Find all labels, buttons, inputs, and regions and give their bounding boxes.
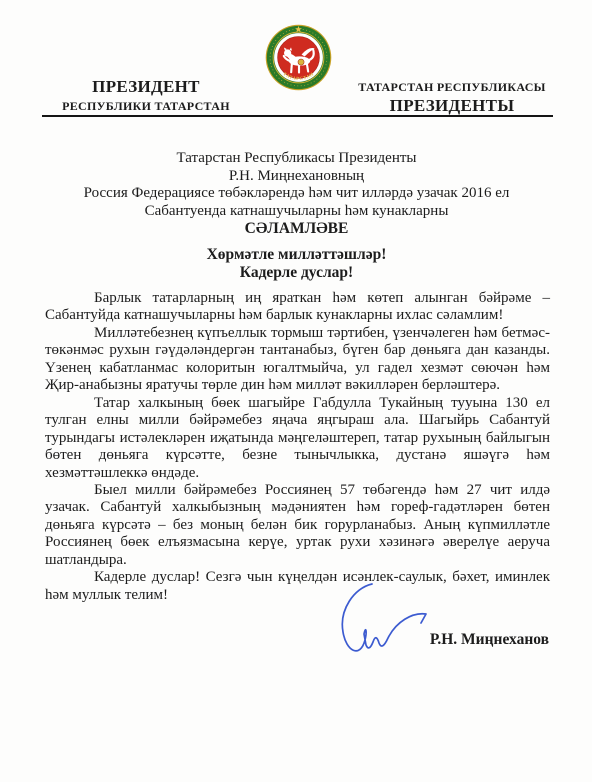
title-line-event: Россия Федерациясе төбәкләрендә һәм чит … xyxy=(44,185,549,203)
header-left-line2: РЕСПУБЛИКИ ТАТАРСТАН xyxy=(46,99,246,114)
title-block: Татарстан Республикасы Президенты Р.Н. М… xyxy=(44,150,549,238)
signature-ink-icon xyxy=(318,576,436,678)
paragraph: Быел милли бәйрәмебез Россиянең 57 төбәг… xyxy=(45,482,550,569)
letter-body: Барлык татарларның иң яраткан һәм көтеп … xyxy=(45,290,550,604)
header-right-line1: ТАТАРСТАН РЕСПУБЛИКАСЫ xyxy=(352,80,552,95)
paragraph: Барлык татарларның иң яраткан һәм көтеп … xyxy=(45,290,550,325)
title-line-president-name: Р.Н. Миңнехановның xyxy=(44,168,549,186)
title-line-salutation: СӘЛАМЛӘВЕ xyxy=(44,220,549,238)
paragraph: Татар халкының бөек шагыйре Габдулла Тук… xyxy=(45,395,550,482)
title-line-participants: Сабантуенда катнашучыларны һәм кунакларн… xyxy=(44,203,549,221)
greeting-line-1: Хөрмәтле милләттәшләр! xyxy=(44,246,549,264)
header-right-line2: ПРЕЗИДЕНТЫ xyxy=(352,96,552,116)
greeting-block: Хөрмәтле милләттәшләр! Кадерле дуслар! xyxy=(44,246,549,281)
signer-name: Р.Н. Миңнеханов xyxy=(430,631,549,649)
letter-page: ТАТАРСТАН ПРЕЗИДЕНТ РЕСПУБЛИКИ ТАТАРСТАН… xyxy=(0,0,592,782)
title-line-addressee: Татарстан Республикасы Президенты xyxy=(44,150,549,168)
tatarstan-coat-of-arms-icon: ТАТАРСТАН xyxy=(265,24,332,91)
paragraph: Милләтебезнең күпъеллык тормыш тәртибен,… xyxy=(45,325,550,395)
header-left-line1: ПРЕЗИДЕНТ xyxy=(46,77,246,97)
paragraph: Кадерле дуслар! Сезгә чын күңелдән исәнл… xyxy=(45,569,550,604)
greeting-line-2: Кадерле дуслар! xyxy=(44,264,549,282)
header-divider-rule xyxy=(42,115,553,117)
